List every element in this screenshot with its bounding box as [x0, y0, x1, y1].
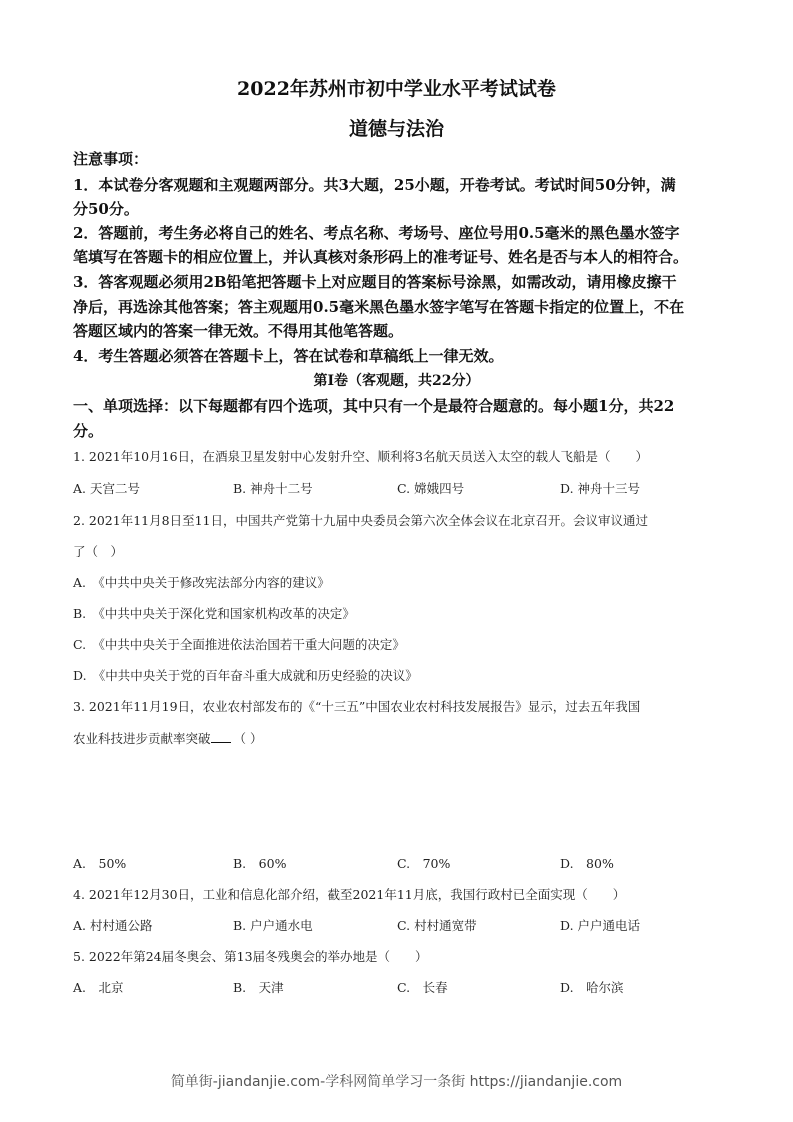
question-1-option-c: C. 嫦娥四号 [397, 479, 464, 497]
notice-line: 答题区域内的答案一律无效。不得用其他笔答题。 [73, 320, 403, 341]
question-1-option-b: B. 神舟十二号 [233, 479, 313, 497]
question-3-paren: （ ） [234, 731, 263, 746]
question-4-option-a: A. 村村通公路 [73, 916, 152, 934]
notice-line: 净后，再选涂其他答案；答主观题用0.5毫米黑色墨水签字笔写在答题卡指定的位置上，… [73, 296, 684, 317]
footer-watermark: 简单街-jiandanjie.com-学科网简单学习一条街 https://ji… [0, 1071, 793, 1091]
question-1-stem: 1. 2021年10月16日，在酒泉卫星发射中心发射升空、顺利将3名航天员送入太… [73, 447, 648, 465]
section-instruction: 一、单项选择：以下每题都有四个选项，其中只有一个是最符合题意的。每小题1分，共2… [73, 395, 674, 416]
exam-page: 2022年苏州市初中学业水平考试试卷 道德与法治 注意事项： 1．本试卷分客观题… [0, 0, 793, 1122]
question-4-option-d: D. 户户通电话 [560, 916, 640, 934]
exam-title: 2022年苏州市初中学业水平考试试卷 [0, 74, 793, 101]
notice-line: 笔填写在答题卡的相应位置上，并认真核对条形码上的准考证号、姓名是否与本人的相符合… [73, 246, 688, 267]
question-3-stem-cont: 农业科技进步贡献率突破（ ） [73, 729, 263, 747]
question-4-option-b: B. 户户通水电 [233, 916, 313, 934]
subject-title: 道德与法治 [0, 114, 793, 141]
question-3-option-a: A. 50% [73, 854, 126, 872]
section-instruction: 分。 [73, 420, 103, 441]
question-2-option-b: B. 《中共中央关于深化党和国家机构改革的决定》 [73, 604, 355, 622]
question-2-stem: 2. 2021年11月8日至11日，中国共产党第十九届中央委员会第六次全体会议在… [73, 511, 648, 529]
question-3-stem-text: 农业科技进步贡献率突破 [73, 731, 211, 746]
question-2-stem-cont: 了（ ） [73, 542, 123, 560]
section-title: 第Ⅰ卷（客观题，共22分） [0, 370, 793, 390]
question-4-stem: 4. 2021年12月30日，工业和信息化部介绍，截至2021年11月底，我国行… [73, 885, 625, 903]
question-5-option-d: D. 哈尔滨 [560, 978, 624, 996]
notice-line: 2．答题前，考生务必将自己的姓名、考点名称、考场号、座位号用0.5毫米的黑色墨水… [73, 222, 680, 243]
notice-line: 4．考生答题必须答在答题卡上，答在试卷和草稿纸上一律无效。 [73, 345, 503, 366]
question-5-option-b: B. 天津 [233, 978, 284, 996]
question-3-option-d: D. 80% [560, 854, 614, 872]
question-4-option-c: C. 村村通宽带 [397, 916, 477, 934]
question-3-option-b: B. 60% [233, 854, 286, 872]
question-2-option-c: C. 《中共中央关于全面推进依法治国若干重大问题的决定》 [73, 635, 405, 653]
question-2-option-a: A. 《中共中央关于修改宪法部分内容的建议》 [73, 573, 330, 591]
answer-blank [211, 730, 231, 743]
question-5-option-a: A. 北京 [73, 978, 124, 996]
question-5-option-c: C. 长春 [397, 978, 448, 996]
notice-line: 分50分。 [73, 198, 139, 219]
question-3-stem: 3. 2021年11月19日，农业农村部发布的《“十三五”中国农业农村科技发展报… [73, 697, 640, 715]
question-5-stem: 5. 2022年第24届冬奥会、第13届冬残奥会的举办地是（ ） [73, 947, 428, 965]
question-1-option-d: D. 神舟十三号 [560, 479, 640, 497]
question-2-option-d: D. 《中共中央关于党的百年奋斗重大成就和历史经验的决议》 [73, 666, 418, 684]
question-1-option-a: A. 天宫二号 [73, 479, 140, 497]
notice-heading: 注意事项： [73, 148, 148, 169]
notice-line: 3．答客观题必须用2B铅笔把答题卡上对应题目的答案标号涂黑，如需改动，请用橡皮擦… [73, 271, 677, 292]
question-3-option-c: C. 70% [397, 854, 450, 872]
notice-line: 1．本试卷分客观题和主观题两部分。共3大题，25小题，开卷考试。考试时间50分钟… [73, 174, 676, 195]
